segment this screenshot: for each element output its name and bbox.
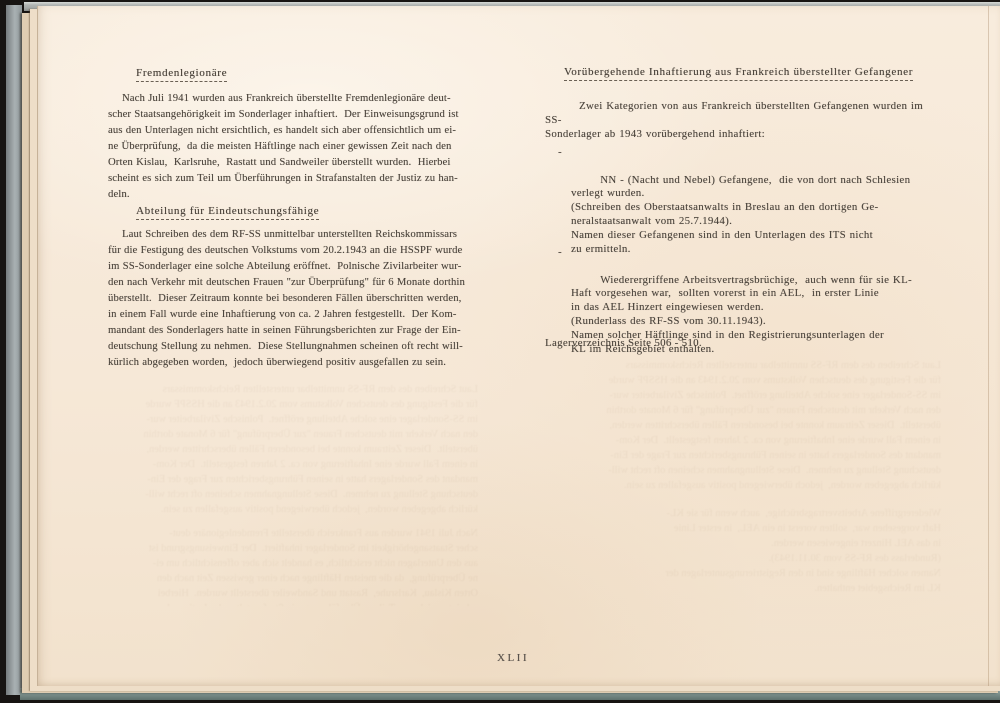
list-item-text: NN - (Nacht und Nebel) Gefangene, die vo… (571, 174, 910, 255)
section-heading-text: Vorübergehende Inhaftierung aus Frankrei… (564, 66, 913, 81)
book-scan: Laut Schreiben des dem RF-SS unmittelbar… (0, 0, 1000, 703)
section-heading-inhaftierung: Vorübergehende Inhaftierung aus Frankrei… (564, 66, 913, 81)
intro-paragraph: Zwei Kategorien von aus Frankreich übers… (545, 100, 943, 141)
section-paragraph: Nach Juli 1941 wurden aus Frankreich übe… (108, 91, 476, 203)
section-paragraph: Laut Schreiben des dem RF-SS unmittelbar… (108, 227, 476, 371)
list-item-dash: - (558, 146, 562, 160)
section-heading-eindeutschungsfaehige: Abteilung für Eindeutschungsfähige (136, 205, 319, 220)
page-number: XLII (453, 652, 573, 664)
section-heading-text: Abteilung für Eindeutschungsfähige (136, 205, 319, 220)
book-cover-edge-left (6, 5, 22, 695)
footer-note: Lagerverzeichnis Seite 506 - 510. (545, 337, 702, 349)
list-item-dash: - (558, 246, 562, 260)
section-heading-fremdenlegionaere: Fremdenlegionäre (136, 67, 227, 82)
document-page: Laut Schreiben des dem RF-SS unmittelbar… (37, 6, 1000, 686)
list-item: - Wiederergriffene Arbeitsvertragsbrüchi… (545, 246, 971, 370)
page-content: Fremdenlegionäre Nach Juli 1941 wurden a… (38, 6, 1000, 686)
section-heading-text: Fremdenlegionäre (136, 67, 227, 82)
